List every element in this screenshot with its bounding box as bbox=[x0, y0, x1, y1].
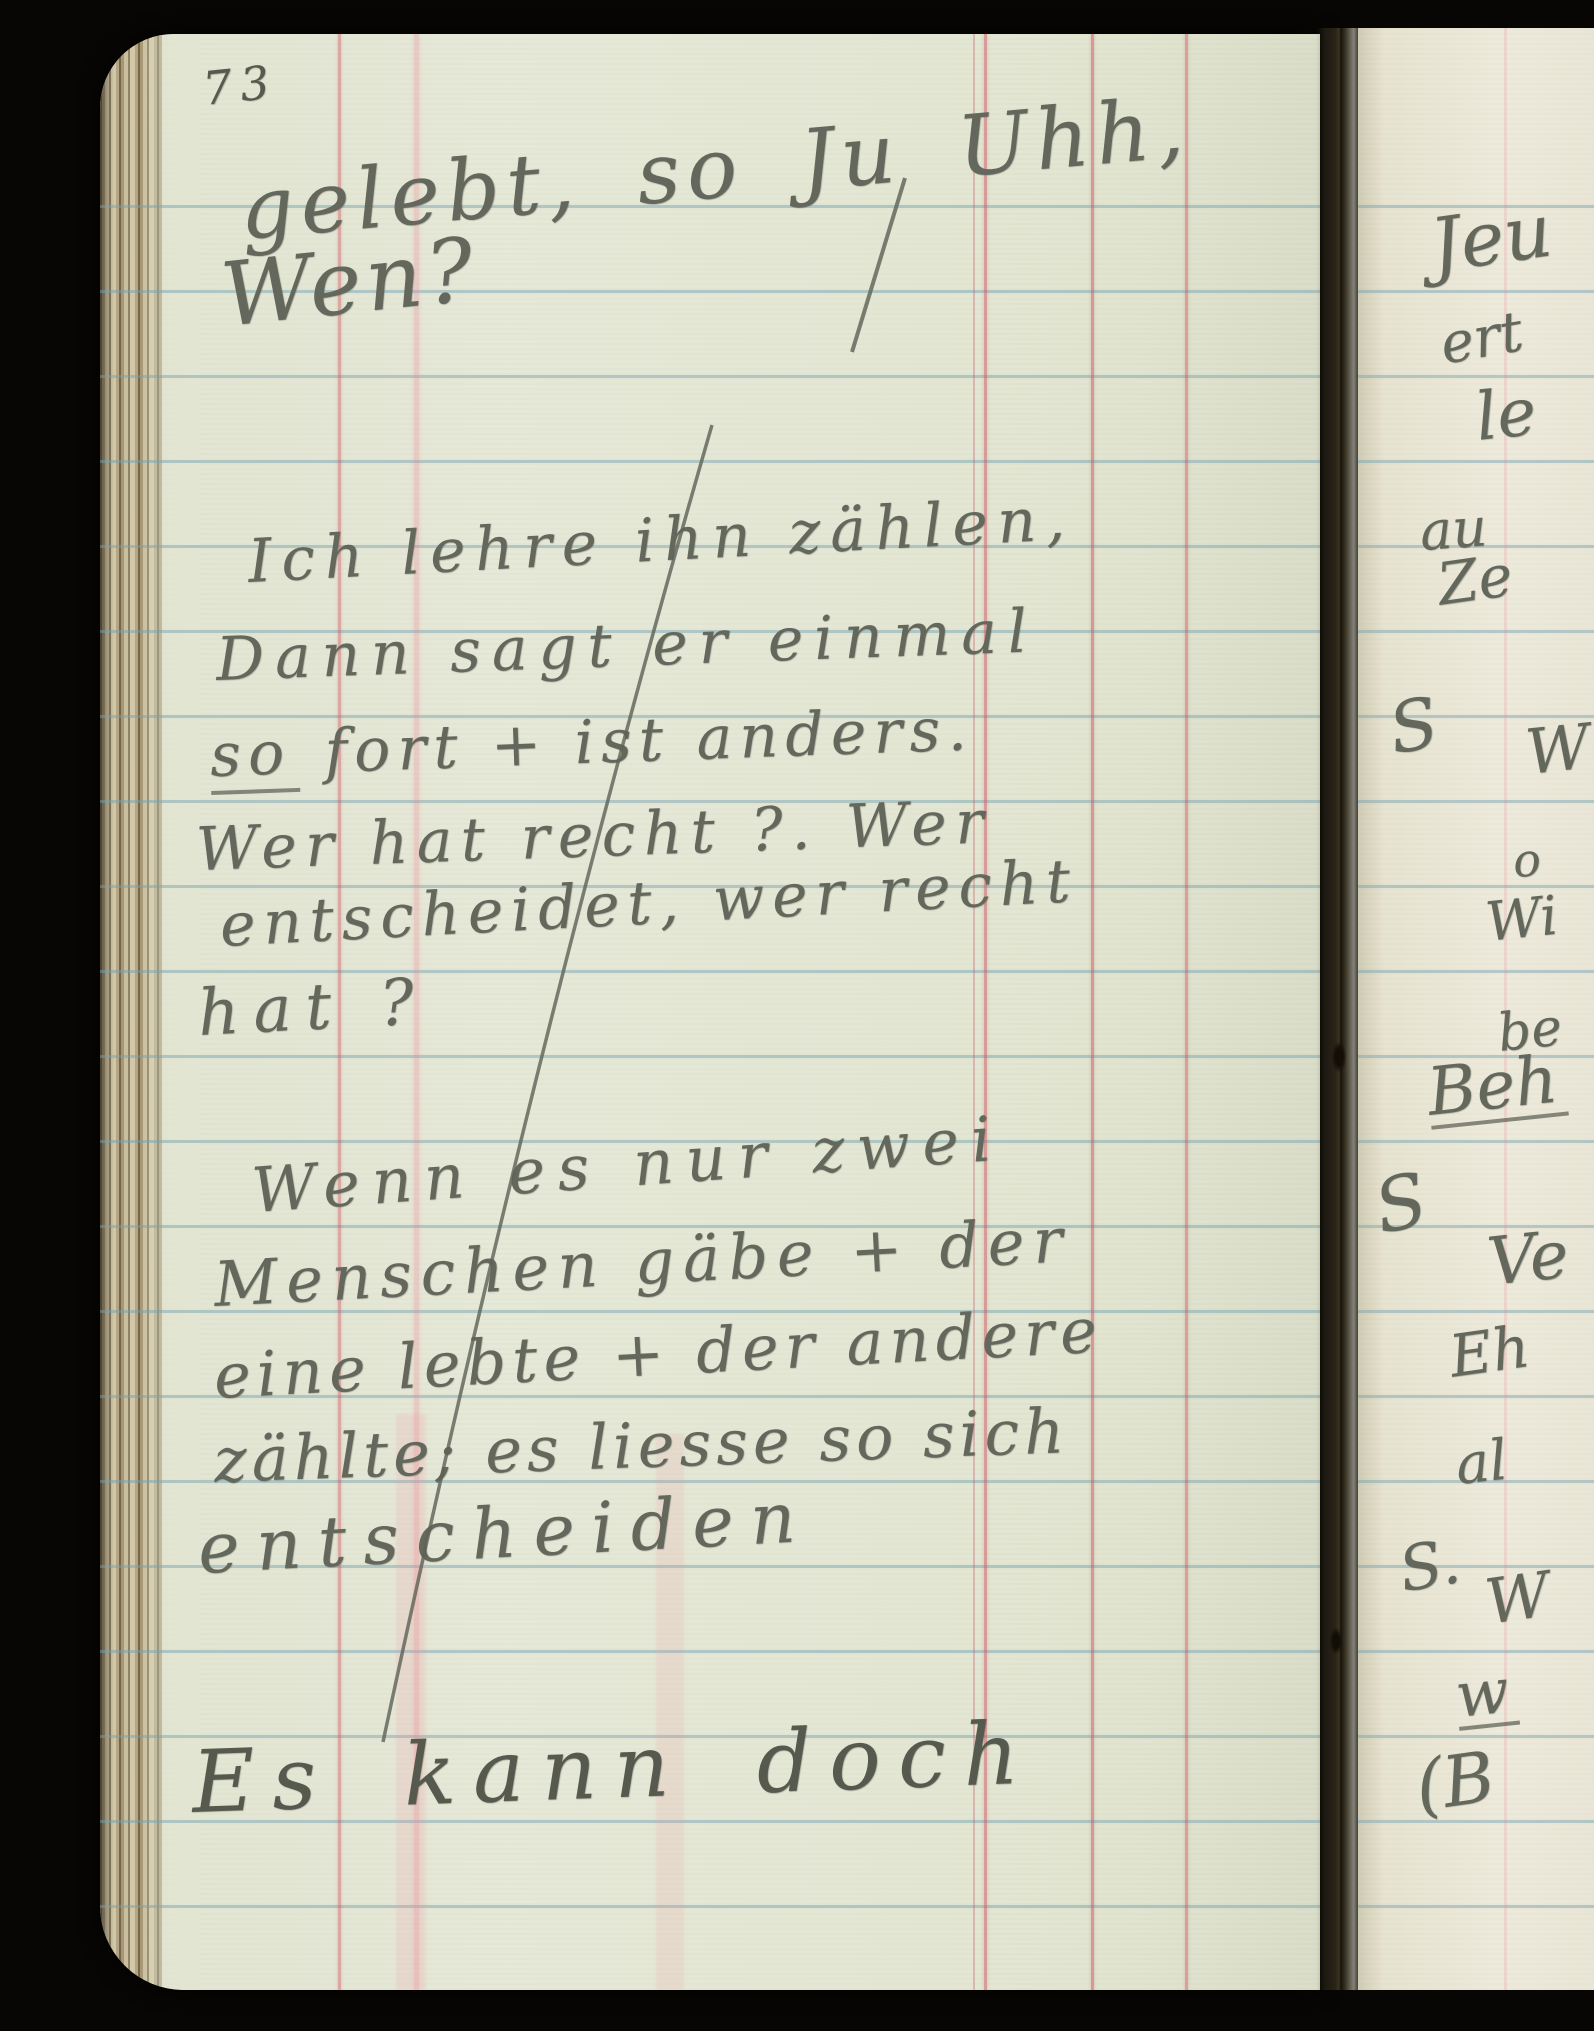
binding-hole bbox=[1330, 1628, 1342, 1654]
binding-hole bbox=[1332, 1042, 1346, 1072]
page-edge-fade bbox=[140, 34, 200, 1990]
handwriting-fragment: ert bbox=[1436, 304, 1527, 373]
handwriting-fragment: W bbox=[1482, 1563, 1554, 1633]
handwriting-fragment: le bbox=[1473, 379, 1540, 451]
handwriting-line: Wen? bbox=[217, 225, 482, 339]
handwriting-fragment: o bbox=[1511, 836, 1542, 884]
handwriting-fragment: Ve bbox=[1485, 1222, 1572, 1296]
handwriting-fragment: Ze bbox=[1434, 546, 1516, 614]
right-page: JeuertleauZeSWoWibeBehSVeEhalS.Ww(B bbox=[1358, 28, 1594, 1990]
red-margin-line bbox=[973, 34, 975, 1990]
handwriting-fragment: (B bbox=[1411, 1741, 1499, 1821]
handwriting-fragment: Eh bbox=[1446, 1317, 1533, 1386]
red-margin-line bbox=[984, 34, 987, 1990]
handwriting-fragment: S. bbox=[1395, 1530, 1465, 1601]
handwriting-fragment: Jeu bbox=[1426, 194, 1556, 284]
handwriting-fragment: al bbox=[1453, 1433, 1510, 1494]
handwriting-line: hat ? bbox=[196, 970, 429, 1046]
red-margin-line bbox=[1185, 34, 1188, 1990]
binding-gutter bbox=[1316, 28, 1362, 1990]
underlined-word: so bbox=[209, 718, 300, 795]
handwriting-fragment: W bbox=[1523, 716, 1593, 784]
page-number: 73 bbox=[201, 58, 280, 112]
left-page: 73 gelebt, so Ju Uhh, Wen? Ich lehre ihn… bbox=[100, 34, 1320, 1990]
red-margin-line bbox=[1091, 34, 1094, 1990]
handwriting-fragment: Wi bbox=[1483, 889, 1560, 950]
handwriting-fragment: w bbox=[1453, 1659, 1520, 1731]
notebook-scan: 73 gelebt, so Ju Uhh, Wen? Ich lehre ihn… bbox=[0, 0, 1594, 2031]
handwriting-fragment: Beh bbox=[1424, 1046, 1569, 1130]
